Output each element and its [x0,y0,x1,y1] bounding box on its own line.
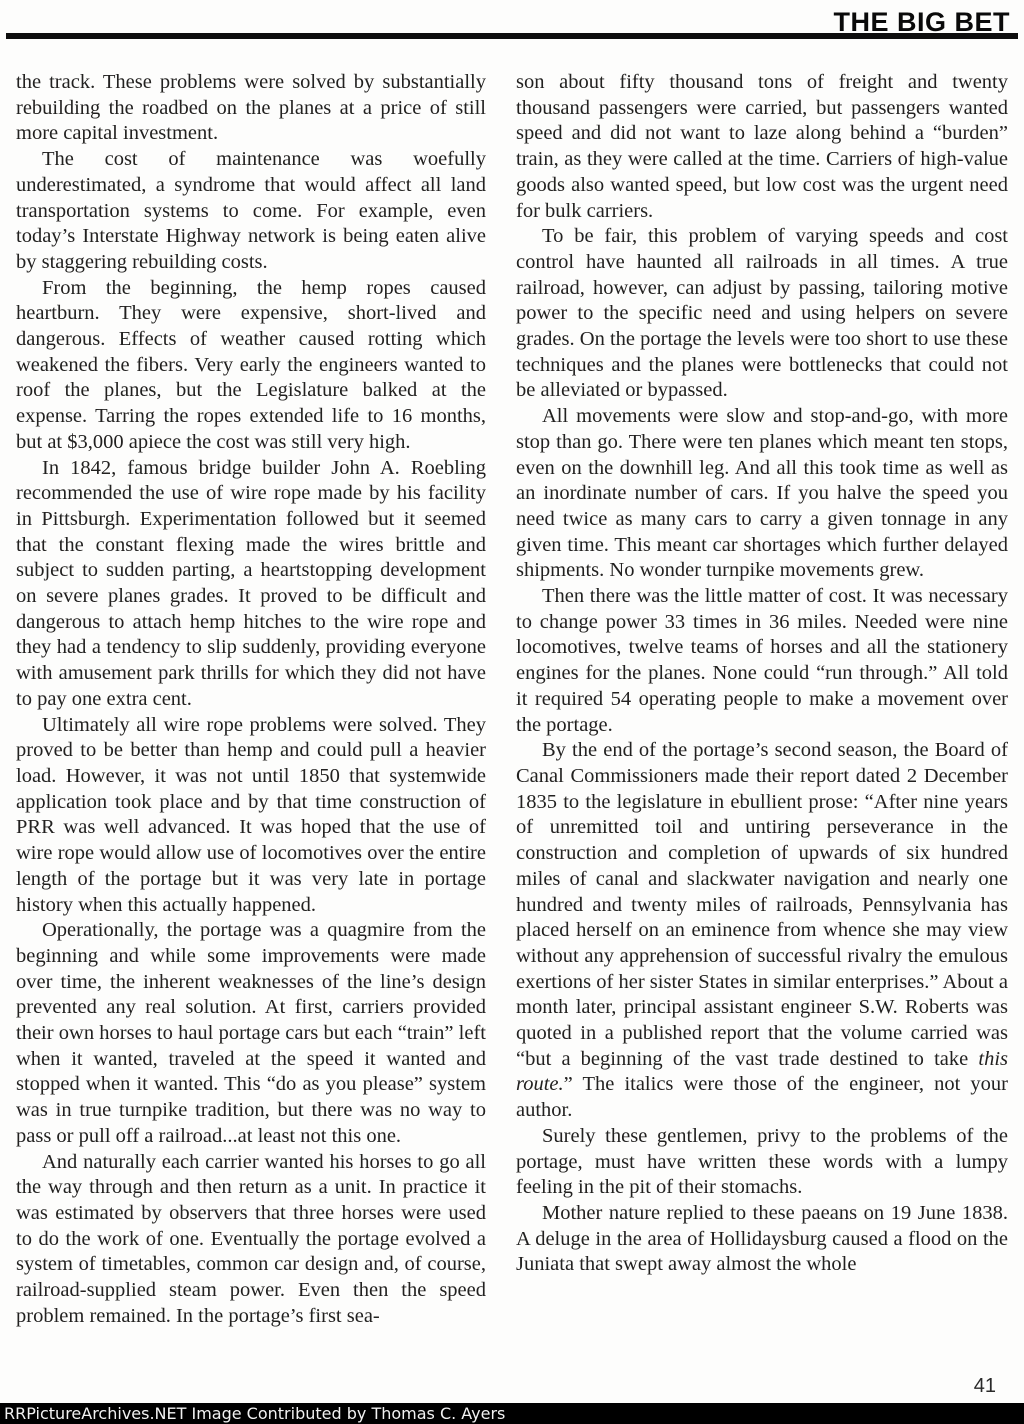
text-run: By the end of the portage’s second seaso… [516,739,1008,1069]
text-run: Mother nature replied to these paeans on… [516,1202,1008,1275]
paragraph: Then there was the little matter of cost… [516,584,1008,738]
text-run: ” The italics were those of the engineer… [516,1073,1008,1121]
paragraph: To be fair, this problem of varying spee… [516,224,1008,404]
paragraph: Mother nature replied to these paeans on… [516,1201,1008,1278]
watermark-bar: RRPictureArchives.NET Image Contributed … [0,1403,1024,1424]
paragraph: In 1842, famous bridge builder John A. R… [16,456,486,713]
page-content: the track. These problems were solved by… [16,70,1008,1329]
paragraph: the track. These problems were solved by… [16,70,486,147]
paragraph: All movements were slow and stop-and-go,… [516,404,1008,584]
paragraph: And naturally each carrier wanted his ho… [16,1150,486,1330]
text-run: From the beginning, the hemp ropes cause… [16,277,486,453]
text-run: Surely these gentlemen, privy to the pro… [516,1125,1008,1198]
text-run: In 1842, famous bridge builder John A. R… [16,457,486,710]
paragraph: son about fifty thousand tons of freight… [516,70,1008,224]
text-run: The cost of maintenance was woefully und… [16,148,486,273]
text-run: To be fair, this problem of varying spee… [516,225,1008,401]
text-run: Operationally, the portage was a quagmir… [16,919,486,1147]
paragraph: By the end of the portage’s second seaso… [516,738,1008,1124]
paragraph: Operationally, the portage was a quagmir… [16,918,486,1149]
text-run: All movements were slow and stop-and-go,… [516,405,1008,581]
paragraph: Surely these gentlemen, privy to the pro… [516,1124,1008,1201]
column-left: the track. These problems were solved by… [16,70,486,1329]
text-run: the track. These problems were solved by… [16,71,486,144]
text-run: son about fifty thousand tons of freight… [516,71,1008,222]
book-page: THE BIG BET the track. These problems we… [0,0,1024,1424]
text-run: And naturally each carrier wanted his ho… [16,1151,486,1327]
paragraph: The cost of maintenance was woefully und… [16,147,486,276]
watermark-text: RRPictureArchives.NET Image Contributed … [0,1404,505,1423]
paragraph: From the beginning, the hemp ropes cause… [16,276,486,456]
header-rule [6,33,1018,39]
text-run: Then there was the little matter of cost… [516,585,1008,736]
page-number: 41 [974,1375,996,1398]
paragraph: Ultimately all wire rope problems were s… [16,713,486,919]
text-run: Ultimately all wire rope problems were s… [16,714,486,916]
column-right: son about fifty thousand tons of freight… [516,70,1008,1329]
